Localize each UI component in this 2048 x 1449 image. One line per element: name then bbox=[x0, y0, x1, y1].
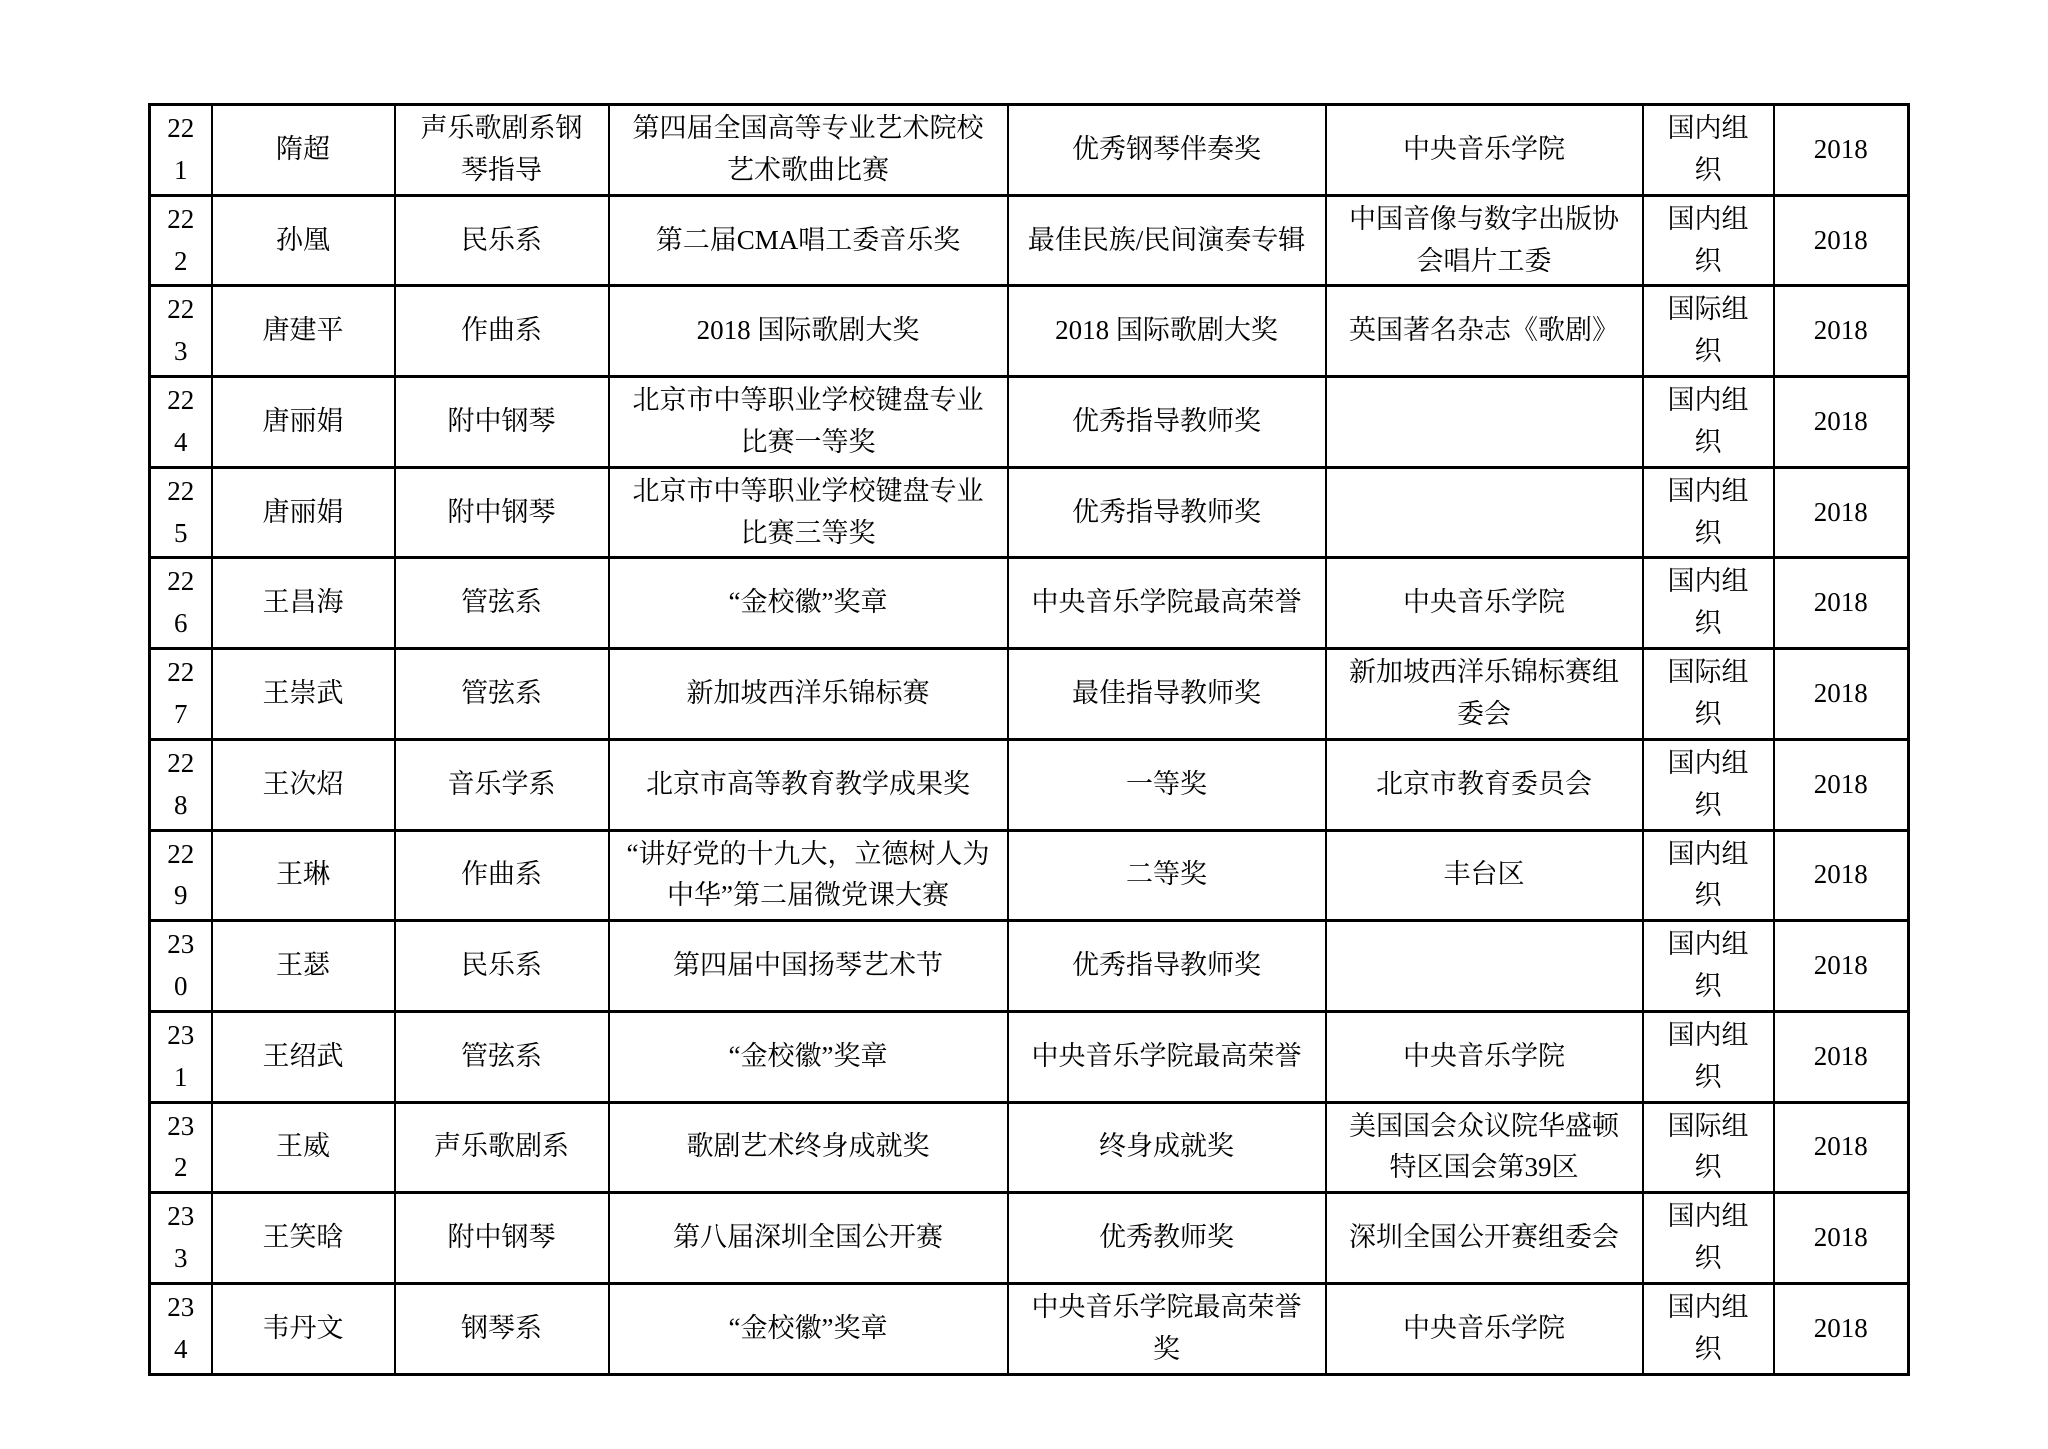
cell-organization: 新加坡西洋乐锦标赛组委会 bbox=[1326, 649, 1643, 740]
cell-id: 224 bbox=[150, 377, 212, 468]
cell-competition: 第四届全国高等专业艺术院校艺术歌曲比赛 bbox=[609, 105, 1008, 196]
cell-id: 228 bbox=[150, 739, 212, 830]
cell-year: 2018 bbox=[1774, 830, 1909, 921]
cell-award: 中央音乐学院最高荣誉 bbox=[1008, 1011, 1326, 1102]
cell-org-type: 国内组织 bbox=[1643, 195, 1774, 286]
cell-org-type: 国内组织 bbox=[1643, 105, 1774, 196]
table-row: 224唐丽娟附中钢琴北京市中等职业学校键盘专业比赛一等奖优秀指导教师奖国内组织2… bbox=[150, 377, 1909, 468]
table-row: 223唐建平作曲系2018 国际歌剧大奖2018 国际歌剧大奖英国著名杂志《歌剧… bbox=[150, 286, 1909, 377]
cell-award: 优秀钢琴伴奏奖 bbox=[1008, 105, 1326, 196]
cell-org-type: 国内组织 bbox=[1643, 1011, 1774, 1102]
cell-org-type: 国际组织 bbox=[1643, 1102, 1774, 1193]
cell-year: 2018 bbox=[1774, 105, 1909, 196]
cell-id: 231 bbox=[150, 1011, 212, 1102]
cell-award: 终身成就奖 bbox=[1008, 1102, 1326, 1193]
cell-competition: 歌剧艺术终身成就奖 bbox=[609, 1102, 1008, 1193]
table-row: 230王瑟民乐系第四届中国扬琴艺术节优秀指导教师奖国内组织2018 bbox=[150, 921, 1909, 1012]
cell-year: 2018 bbox=[1774, 739, 1909, 830]
cell-year: 2018 bbox=[1774, 1193, 1909, 1284]
cell-year: 2018 bbox=[1774, 1283, 1909, 1374]
cell-department: 作曲系 bbox=[395, 286, 609, 377]
cell-year: 2018 bbox=[1774, 195, 1909, 286]
cell-department: 管弦系 bbox=[395, 649, 609, 740]
cell-competition: 第二届CMA唱工委音乐奖 bbox=[609, 195, 1008, 286]
cell-department: 附中钢琴 bbox=[395, 1193, 609, 1284]
cell-org-type: 国内组织 bbox=[1643, 739, 1774, 830]
cell-id: 230 bbox=[150, 921, 212, 1012]
cell-id: 234 bbox=[150, 1283, 212, 1374]
cell-year: 2018 bbox=[1774, 286, 1909, 377]
cell-year: 2018 bbox=[1774, 558, 1909, 649]
awards-table: 221隋超声乐歌剧系钢琴指导第四届全国高等专业艺术院校艺术歌曲比赛优秀钢琴伴奏奖… bbox=[148, 103, 1910, 1376]
awards-table-body: 221隋超声乐歌剧系钢琴指导第四届全国高等专业艺术院校艺术歌曲比赛优秀钢琴伴奏奖… bbox=[150, 105, 1909, 1375]
cell-organization: 中央音乐学院 bbox=[1326, 1011, 1643, 1102]
cell-org-type: 国际组织 bbox=[1643, 286, 1774, 377]
cell-organization: 中央音乐学院 bbox=[1326, 105, 1643, 196]
cell-organization: 美国国会众议院华盛顿特区国会第39区 bbox=[1326, 1102, 1643, 1193]
cell-organization: 英国著名杂志《歌剧》 bbox=[1326, 286, 1643, 377]
cell-department: 民乐系 bbox=[395, 921, 609, 1012]
cell-name: 王笑晗 bbox=[212, 1193, 395, 1284]
cell-id: 222 bbox=[150, 195, 212, 286]
cell-name: 王崇武 bbox=[212, 649, 395, 740]
cell-award: 中央音乐学院最高荣誉 bbox=[1008, 558, 1326, 649]
cell-competition: “金校徽”奖章 bbox=[609, 1283, 1008, 1374]
cell-id: 227 bbox=[150, 649, 212, 740]
cell-name: 王瑟 bbox=[212, 921, 395, 1012]
cell-name: 王琳 bbox=[212, 830, 395, 921]
table-row: 232王威声乐歌剧系歌剧艺术终身成就奖终身成就奖美国国会众议院华盛顿特区国会第3… bbox=[150, 1102, 1909, 1193]
cell-department: 作曲系 bbox=[395, 830, 609, 921]
cell-organization bbox=[1326, 467, 1643, 558]
cell-department: 附中钢琴 bbox=[395, 467, 609, 558]
document-page: 221隋超声乐歌剧系钢琴指导第四届全国高等专业艺术院校艺术歌曲比赛优秀钢琴伴奏奖… bbox=[0, 0, 2048, 1449]
table-row: 228王次炤音乐学系北京市高等教育教学成果奖一等奖北京市教育委员会国内组织201… bbox=[150, 739, 1909, 830]
cell-competition: 北京市中等职业学校键盘专业比赛一等奖 bbox=[609, 377, 1008, 468]
cell-year: 2018 bbox=[1774, 467, 1909, 558]
cell-department: 音乐学系 bbox=[395, 739, 609, 830]
cell-competition: 新加坡西洋乐锦标赛 bbox=[609, 649, 1008, 740]
cell-award: 优秀教师奖 bbox=[1008, 1193, 1326, 1284]
cell-competition: “金校徽”奖章 bbox=[609, 558, 1008, 649]
cell-competition: “讲好党的十九大，立德树人为中华”第二届微党课大赛 bbox=[609, 830, 1008, 921]
cell-year: 2018 bbox=[1774, 377, 1909, 468]
cell-organization: 丰台区 bbox=[1326, 830, 1643, 921]
cell-award: 二等奖 bbox=[1008, 830, 1326, 921]
cell-organization: 北京市教育委员会 bbox=[1326, 739, 1643, 830]
cell-id: 232 bbox=[150, 1102, 212, 1193]
cell-award: 最佳指导教师奖 bbox=[1008, 649, 1326, 740]
cell-org-type: 国内组织 bbox=[1643, 921, 1774, 1012]
cell-department: 附中钢琴 bbox=[395, 377, 609, 468]
table-row: 225唐丽娟附中钢琴北京市中等职业学校键盘专业比赛三等奖优秀指导教师奖国内组织2… bbox=[150, 467, 1909, 558]
cell-competition: 2018 国际歌剧大奖 bbox=[609, 286, 1008, 377]
cell-department: 管弦系 bbox=[395, 558, 609, 649]
cell-department: 声乐歌剧系 bbox=[395, 1102, 609, 1193]
cell-name: 王次炤 bbox=[212, 739, 395, 830]
table-row: 221隋超声乐歌剧系钢琴指导第四届全国高等专业艺术院校艺术歌曲比赛优秀钢琴伴奏奖… bbox=[150, 105, 1909, 196]
cell-department: 管弦系 bbox=[395, 1011, 609, 1102]
cell-org-type: 国际组织 bbox=[1643, 649, 1774, 740]
cell-department: 钢琴系 bbox=[395, 1283, 609, 1374]
cell-award: 优秀指导教师奖 bbox=[1008, 921, 1326, 1012]
cell-name: 唐丽娟 bbox=[212, 467, 395, 558]
cell-award: 优秀指导教师奖 bbox=[1008, 377, 1326, 468]
cell-name: 王昌海 bbox=[212, 558, 395, 649]
cell-name: 孙凰 bbox=[212, 195, 395, 286]
cell-organization bbox=[1326, 921, 1643, 1012]
cell-competition: 北京市高等教育教学成果奖 bbox=[609, 739, 1008, 830]
table-row: 227王崇武管弦系新加坡西洋乐锦标赛最佳指导教师奖新加坡西洋乐锦标赛组委会国际组… bbox=[150, 649, 1909, 740]
cell-competition: 第八届深圳全国公开赛 bbox=[609, 1193, 1008, 1284]
cell-department: 声乐歌剧系钢琴指导 bbox=[395, 105, 609, 196]
cell-award: 2018 国际歌剧大奖 bbox=[1008, 286, 1326, 377]
cell-org-type: 国内组织 bbox=[1643, 467, 1774, 558]
table-row: 233王笑晗附中钢琴第八届深圳全国公开赛优秀教师奖深圳全国公开赛组委会国内组织2… bbox=[150, 1193, 1909, 1284]
cell-org-type: 国内组织 bbox=[1643, 558, 1774, 649]
cell-name: 韦丹文 bbox=[212, 1283, 395, 1374]
table-row: 222孙凰民乐系第二届CMA唱工委音乐奖最佳民族/民间演奏专辑中国音像与数字出版… bbox=[150, 195, 1909, 286]
cell-organization: 中央音乐学院 bbox=[1326, 558, 1643, 649]
cell-name: 王威 bbox=[212, 1102, 395, 1193]
cell-org-type: 国内组织 bbox=[1643, 377, 1774, 468]
cell-name: 唐丽娟 bbox=[212, 377, 395, 468]
table-row: 231王绍武管弦系“金校徽”奖章中央音乐学院最高荣誉中央音乐学院国内组织2018 bbox=[150, 1011, 1909, 1102]
cell-year: 2018 bbox=[1774, 1011, 1909, 1102]
cell-id: 225 bbox=[150, 467, 212, 558]
cell-year: 2018 bbox=[1774, 1102, 1909, 1193]
cell-id: 229 bbox=[150, 830, 212, 921]
table-row: 229王琳作曲系“讲好党的十九大，立德树人为中华”第二届微党课大赛二等奖丰台区国… bbox=[150, 830, 1909, 921]
table-row: 226王昌海管弦系“金校徽”奖章中央音乐学院最高荣誉中央音乐学院国内组织2018 bbox=[150, 558, 1909, 649]
cell-competition: “金校徽”奖章 bbox=[609, 1011, 1008, 1102]
cell-name: 王绍武 bbox=[212, 1011, 395, 1102]
cell-organization: 中国音像与数字出版协会唱片工委 bbox=[1326, 195, 1643, 286]
cell-org-type: 国内组织 bbox=[1643, 830, 1774, 921]
table-row: 234韦丹文钢琴系“金校徽”奖章中央音乐学院最高荣誉奖中央音乐学院国内组织201… bbox=[150, 1283, 1909, 1374]
cell-organization bbox=[1326, 377, 1643, 468]
cell-org-type: 国内组织 bbox=[1643, 1193, 1774, 1284]
cell-id: 233 bbox=[150, 1193, 212, 1284]
cell-organization: 中央音乐学院 bbox=[1326, 1283, 1643, 1374]
cell-award: 一等奖 bbox=[1008, 739, 1326, 830]
cell-organization: 深圳全国公开赛组委会 bbox=[1326, 1193, 1643, 1284]
cell-competition: 北京市中等职业学校键盘专业比赛三等奖 bbox=[609, 467, 1008, 558]
cell-award: 最佳民族/民间演奏专辑 bbox=[1008, 195, 1326, 286]
cell-year: 2018 bbox=[1774, 649, 1909, 740]
cell-id: 226 bbox=[150, 558, 212, 649]
cell-id: 221 bbox=[150, 105, 212, 196]
cell-name: 唐建平 bbox=[212, 286, 395, 377]
cell-org-type: 国内组织 bbox=[1643, 1283, 1774, 1374]
cell-department: 民乐系 bbox=[395, 195, 609, 286]
cell-competition: 第四届中国扬琴艺术节 bbox=[609, 921, 1008, 1012]
cell-award: 优秀指导教师奖 bbox=[1008, 467, 1326, 558]
cell-year: 2018 bbox=[1774, 921, 1909, 1012]
cell-name: 隋超 bbox=[212, 105, 395, 196]
cell-award: 中央音乐学院最高荣誉奖 bbox=[1008, 1283, 1326, 1374]
cell-id: 223 bbox=[150, 286, 212, 377]
